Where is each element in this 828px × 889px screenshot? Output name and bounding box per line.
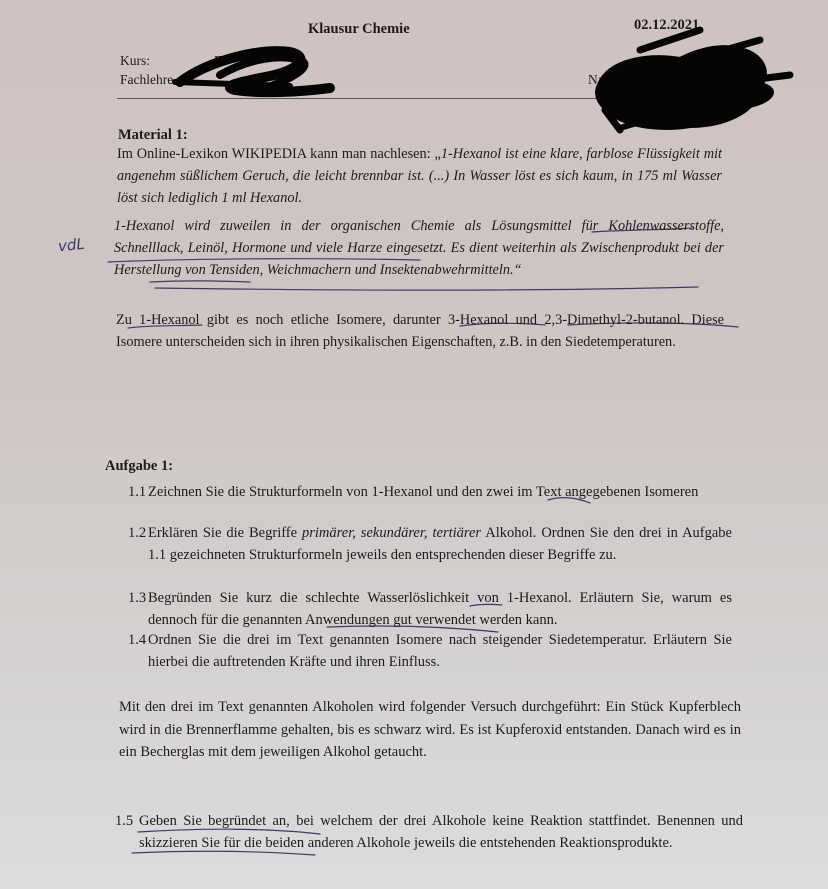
material-paragraph-2: 1-Hexanol wird zuweilen in der organisch… xyxy=(114,215,724,281)
fachlehrer-label: Fachlehre xyxy=(120,72,173,88)
student-name-redaction xyxy=(598,30,790,130)
task-number: 1.3 xyxy=(128,588,146,610)
task-text: Ordnen Sie die drei im Text genannten Is… xyxy=(148,632,732,670)
task-1-1: 1.1 Zeichnen Sie die Strukturformeln von… xyxy=(148,482,730,504)
exam-title: Klausur Chemie xyxy=(308,21,410,38)
task-1-4: 1.4 Ordnen Sie die drei im Text genannte… xyxy=(148,630,732,673)
task-1-5: 1.5 Geben Sie begründet an, bei welchem … xyxy=(139,811,743,854)
task-text: Zeichnen Sie die Strukturformeln von 1-H… xyxy=(148,484,698,500)
task-1-2: 1.2 Erklären Sie die Begriffe primärer, … xyxy=(148,523,732,566)
name-label: Nam xyxy=(588,72,614,88)
task-text-italic: primärer, sekundärer, tertiärer xyxy=(302,525,481,541)
exam-date: 02.12.2021 xyxy=(634,17,699,34)
handwritten-margin-note: vdL xyxy=(57,235,86,256)
task-text: Begründen Sie kurz die schlechte Wasserl… xyxy=(148,590,732,628)
experiment-description: Mit den drei im Text genannten Alkoholen… xyxy=(119,696,741,764)
task-number: 1.4 xyxy=(128,630,146,652)
kurs-label: Kurs: xyxy=(120,53,150,69)
header-divider xyxy=(117,98,717,99)
material-paragraph-1: Im Online-Lexikon WIKIPEDIA kann man nac… xyxy=(117,143,722,209)
task-1-3: 1.3 Begründen Sie kurz die schlechte Was… xyxy=(148,588,732,631)
wikipedia-intro: Im Online-Lexikon WIKIPEDIA kann man nac… xyxy=(117,146,441,162)
task-text-pre: Erklären Sie die Begriffe xyxy=(148,525,302,541)
task-number: 1.2 xyxy=(128,523,146,545)
material-paragraph-3: Zu 1-Hexanol gibt es noch etliche Isomer… xyxy=(116,309,724,353)
task-number: 1.5 xyxy=(115,811,133,833)
teacher-name-redaction xyxy=(175,51,330,92)
kurs-value: EF xyxy=(214,53,230,69)
task-text: Geben Sie begründet an, bei welchem der … xyxy=(139,813,743,851)
aufgabe-title: Aufgabe 1: xyxy=(105,455,173,477)
task-number: 1.1 xyxy=(128,482,146,504)
